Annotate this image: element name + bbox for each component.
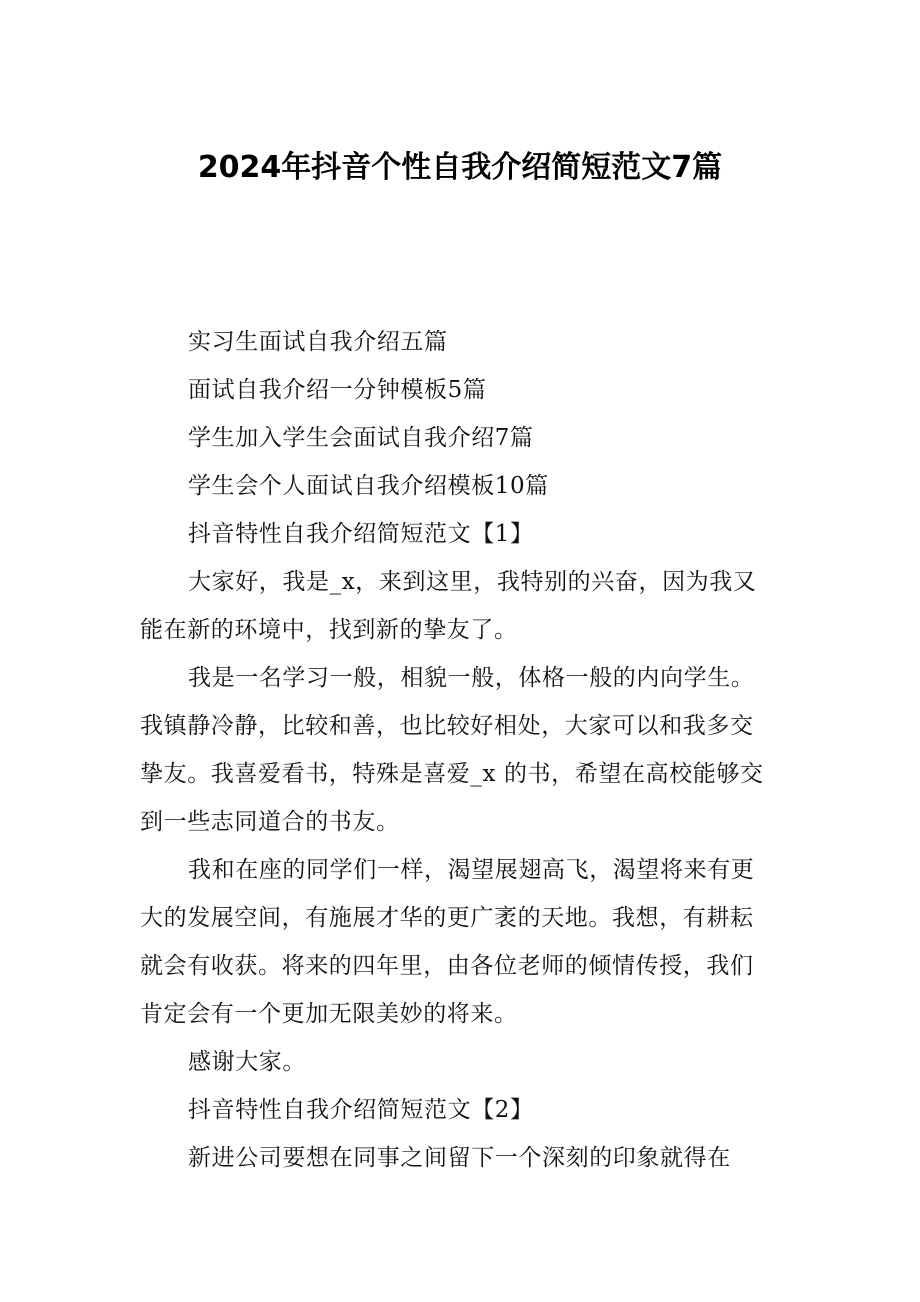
paragraph-line: 我是一名学习一般，相貌一般，体格一般的内向学生。 <box>188 662 754 694</box>
related-link[interactable]: 面试自我介绍一分钟模板5篇 <box>188 374 486 406</box>
related-link[interactable]: 实习生面试自我介绍五篇 <box>188 326 448 358</box>
paragraph-line: 我镇静冷静，比较和善，也比较好相处，大家可以和我多交 <box>140 710 754 742</box>
paragraph-line: 我和在座的同学们一样，渴望展翅高飞，渴望将来有更 <box>188 854 754 886</box>
related-link[interactable]: 学生加入学生会面试自我介绍7篇 <box>188 422 534 454</box>
document-page: 2024年抖音个性自我介绍简短范文7篇 实习生面试自我介绍五篇 面试自我介绍一分… <box>0 0 920 1302</box>
paragraph-line: 大家好，我是_x，来到这里，我特别的兴奋，因为我又 <box>188 566 756 598</box>
paragraph-line: 大的发展空间，有施展才华的更广袤的天地。我想，有耕耘 <box>140 902 754 934</box>
paragraph-line: 感谢大家。 <box>188 1046 306 1078</box>
document-title: 2024年抖音个性自我介绍简短范文7篇 <box>0 146 920 190</box>
paragraph-line: 就会有收获。将来的四年里，由各位老师的倾情传授，我们 <box>140 950 754 982</box>
related-link[interactable]: 学生会个人面试自我介绍模板10篇 <box>188 470 549 502</box>
paragraph-line: 挚友。我喜爱看书，特殊是喜爱_x 的书，希望在高校能够交 <box>140 758 764 790</box>
paragraph-line: 到一些志同道合的书友。 <box>140 806 400 838</box>
paragraph-line: 能在新的环境中，找到新的挚友了。 <box>140 614 518 646</box>
paragraph-line: 肯定会有一个更加无限美妙的将来。 <box>140 998 518 1030</box>
section-heading: 抖音特性自我介绍简短范文【2】 <box>188 1094 534 1126</box>
section-heading: 抖音特性自我介绍简短范文【1】 <box>188 518 534 550</box>
paragraph-line: 新进公司要想在同事之间留下一个深刻的印象就得在 <box>188 1142 731 1174</box>
